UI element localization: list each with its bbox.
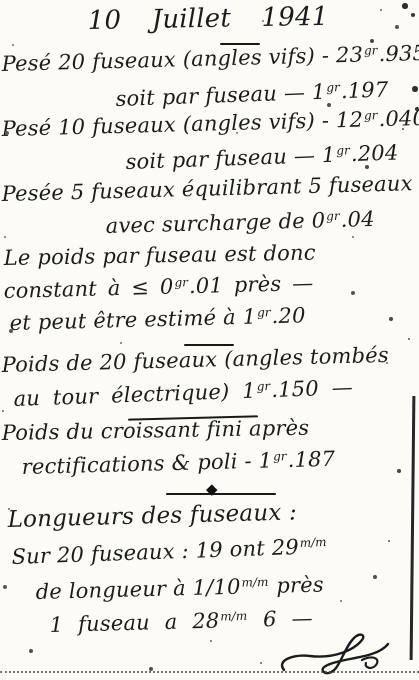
scan-edge-line — [410, 396, 416, 660]
entry-value: .935 — [378, 41, 419, 66]
date-heading-text: 10 Juillet 1941 — [87, 2, 328, 36]
entry-per-spindle-20: soit par fuseau — 1gr.197 — [115, 77, 389, 111]
entry-crescent-line1: Poids du croissant fini après — [2, 416, 310, 445]
entry-text: Poids du croissant fini après — [2, 416, 310, 445]
entry-value: 6 — — [248, 606, 313, 632]
unit-superscript: gr — [364, 108, 378, 122]
unit-superscript: gr — [256, 379, 270, 393]
entry-text: Longueurs des fuseaux : — [7, 499, 297, 533]
unit-superscript: m/m — [241, 575, 268, 590]
entry-text: Poids de 20 fuseaux (angles tombés — [1, 343, 389, 377]
entry-value: .040 — [378, 106, 419, 131]
entry-estimate: et peut être estimé à 1gr.20 — [9, 303, 306, 335]
entry-text: Pesée 5 fuseaux équilibrant 5 fuseaux — [1, 171, 413, 206]
entry-lengths-precision: de longueur à 1/10m/m près — [35, 572, 324, 604]
entry-value: .197 — [340, 77, 388, 103]
entry-value: près — [269, 572, 324, 597]
entry-value: .20 — [271, 303, 306, 328]
entry-text: constant à ≤ 0 — [3, 275, 174, 303]
entry-value: .04 — [340, 207, 375, 232]
entry-weigh-10-spindles: Pesé 10 fuseaux (angles vifs) - 12gr.040 — [1, 106, 419, 141]
unit-superscript: gr — [336, 143, 350, 157]
entry-value: .187 — [287, 447, 335, 472]
unit-superscript: gr — [273, 449, 287, 463]
entry-turned-angles-line2: au tour électrique) 1gr.150 — — [13, 375, 353, 411]
entry-text: Pesé 20 fuseaux (angles vifs) - 23 — [1, 43, 363, 76]
section-separator — [184, 344, 234, 346]
entry-value: .204 — [350, 140, 398, 166]
unit-superscript: gr — [326, 209, 340, 223]
unit-superscript: gr — [174, 275, 188, 289]
entry-constant-line2: constant à ≤ 0gr.01 près — — [3, 271, 313, 303]
section-separator — [166, 493, 276, 495]
entry-text: rectifications & poli - 1 — [21, 448, 272, 479]
lengths-heading: Longueurs des fuseaux : — [7, 499, 297, 533]
ink-blot-icon: ◆ — [206, 480, 218, 498]
entry-crescent-line2: rectifications & poli - 1gr.187 — [21, 447, 335, 479]
entry-text: 1 fuseau a 28 — [49, 609, 219, 637]
scan-noise-speckles — [0, 0, 2, 2]
entry-text: soit par fuseau — 1 — [125, 143, 336, 174]
unit-superscript: m/m — [299, 535, 326, 550]
entry-lengths-one-spindle: 1 fuseau a 28m/m 6 — — [49, 606, 313, 637]
entry-turned-angles-line1: Poids de 20 fuseaux (angles tombés — [1, 343, 389, 377]
date-heading: 10 Juillet 1941 — [87, 2, 328, 36]
entry-text: Sur 20 fuseaux : 19 ont 29 — [11, 535, 299, 569]
entry-value: .150 — — [271, 375, 353, 402]
entry-constant-line1: Le poids par fuseau est donc — [4, 241, 316, 270]
unit-superscript: gr — [326, 80, 340, 94]
entry-text: et peut être estimé à 1 — [9, 305, 256, 335]
unit-superscript: gr — [364, 43, 378, 57]
unit-superscript: m/m — [220, 609, 247, 624]
entry-weigh-20-spindles: Pesé 20 fuseaux (angles vifs) - 23gr.935 — [1, 41, 419, 76]
entry-text: avec surcharge de 0 — [105, 208, 325, 238]
entry-text: Le poids par fuseau est donc — [4, 241, 316, 270]
entry-surcharge: avec surcharge de 0gr.04 — [105, 207, 375, 238]
entry-text: au tour électrique) 1 — [13, 379, 256, 411]
entry-text: Pesé 10 fuseaux (angles vifs) - 12 — [1, 108, 363, 141]
entry-text: de longueur à 1/10 — [35, 575, 241, 604]
entry-value — [327, 534, 328, 558]
entry-text: soit par fuseau — 1 — [115, 80, 326, 111]
scan-bottom-edge — [0, 671, 419, 673]
entry-balance-5-spindles: Pesée 5 fuseaux équilibrant 5 fuseaux — [1, 171, 413, 206]
entry-per-spindle-10: soit par fuseau — 1gr.204 — [125, 140, 399, 174]
unit-superscript: gr — [257, 305, 271, 319]
entry-lengths-19-spindles: Sur 20 fuseaux : 19 ont 29m/m — [11, 534, 328, 569]
manuscript-page: 10 Juillet 1941 Pesé 20 fuseaux (angles … — [0, 0, 419, 680]
entry-value: .01 près — — [189, 271, 314, 298]
